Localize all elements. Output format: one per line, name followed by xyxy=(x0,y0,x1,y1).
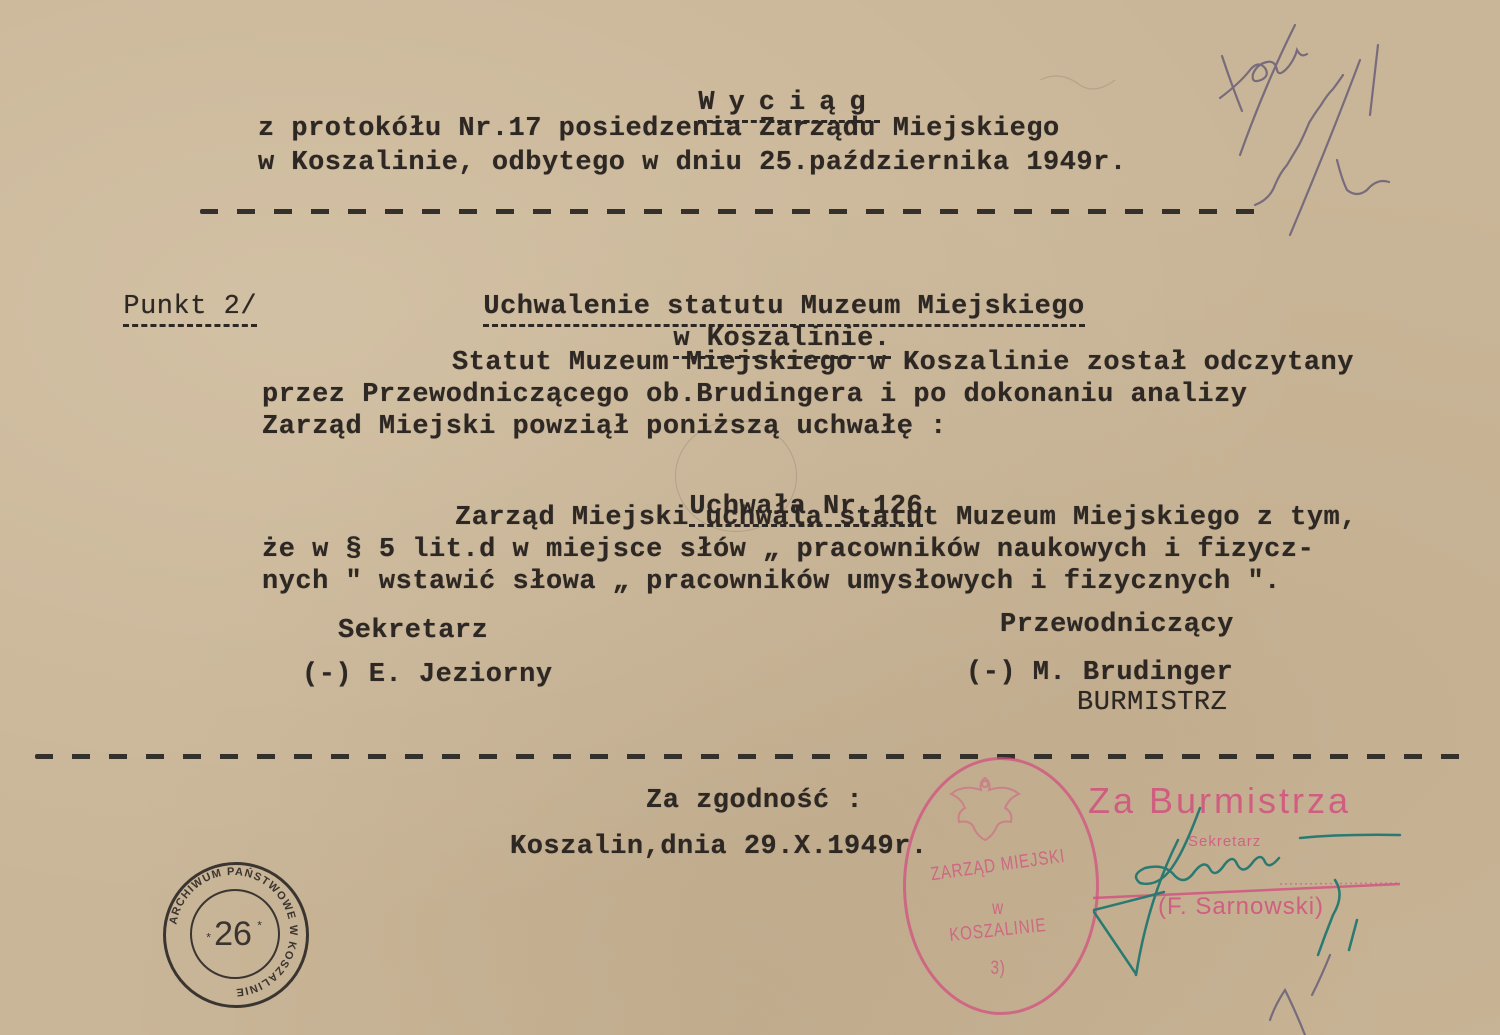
certification-label: Za zgodność : xyxy=(646,784,863,818)
certification-place-date: Koszalin,dnia 29.X.1949r. xyxy=(510,830,928,864)
secretary-stamp-label: Sekretarz xyxy=(1188,833,1261,850)
oval-stamp-line-4: 3) xyxy=(922,958,1074,980)
intro-line-1: Statut Muzeum Miejskiego w Koszalinie zo… xyxy=(452,346,1354,380)
intro-line-2: przez Przewodniczącego ob.Brudingera i p… xyxy=(262,378,1247,412)
secretary-stamp-name: (F. Sarnowski) xyxy=(1158,893,1324,921)
archive-stamp-inner-ring xyxy=(190,889,280,979)
resolution-line-1: Zarząd Miejski uchwala statut Muzeum Mie… xyxy=(455,501,1357,535)
secretary-role: Sekretarz xyxy=(338,614,488,648)
secretary-name: (-) E. Jeziorny xyxy=(302,658,553,692)
for-mayor-stamp: Za Burmistrza xyxy=(1088,780,1351,822)
dashed-separator-bottom xyxy=(35,754,1465,759)
subtitle-line-2: w Koszalinie, odbytego w dniu 25.paździe… xyxy=(258,146,1127,180)
chairman-role: Przewodniczący xyxy=(1000,608,1234,642)
document-title: Wyciąg xyxy=(638,52,880,120)
intro-line-3: Zarząd Miejski powziął poniższą uchwałę … xyxy=(262,410,947,444)
point-label-text: Punkt 2/ xyxy=(123,292,257,327)
resolution-line-2: że w § 5 lit.d w miejsce słów „ pracowni… xyxy=(262,533,1314,567)
eagle-emblem-icon xyxy=(945,770,1025,845)
chairman-title: BURMISTRZ xyxy=(1077,686,1227,720)
resolution-line-3: nych " wstawić słowa „ pracowników umysł… xyxy=(262,565,1281,599)
chairman-name: (-) M. Brudinger xyxy=(966,656,1233,690)
dashed-separator-top xyxy=(200,209,1265,214)
subtitle-line-1: z protokółu Nr.17 posiedzenia Zarządu Mi… xyxy=(258,112,1060,146)
point-label: Punkt 2/ xyxy=(90,256,257,324)
